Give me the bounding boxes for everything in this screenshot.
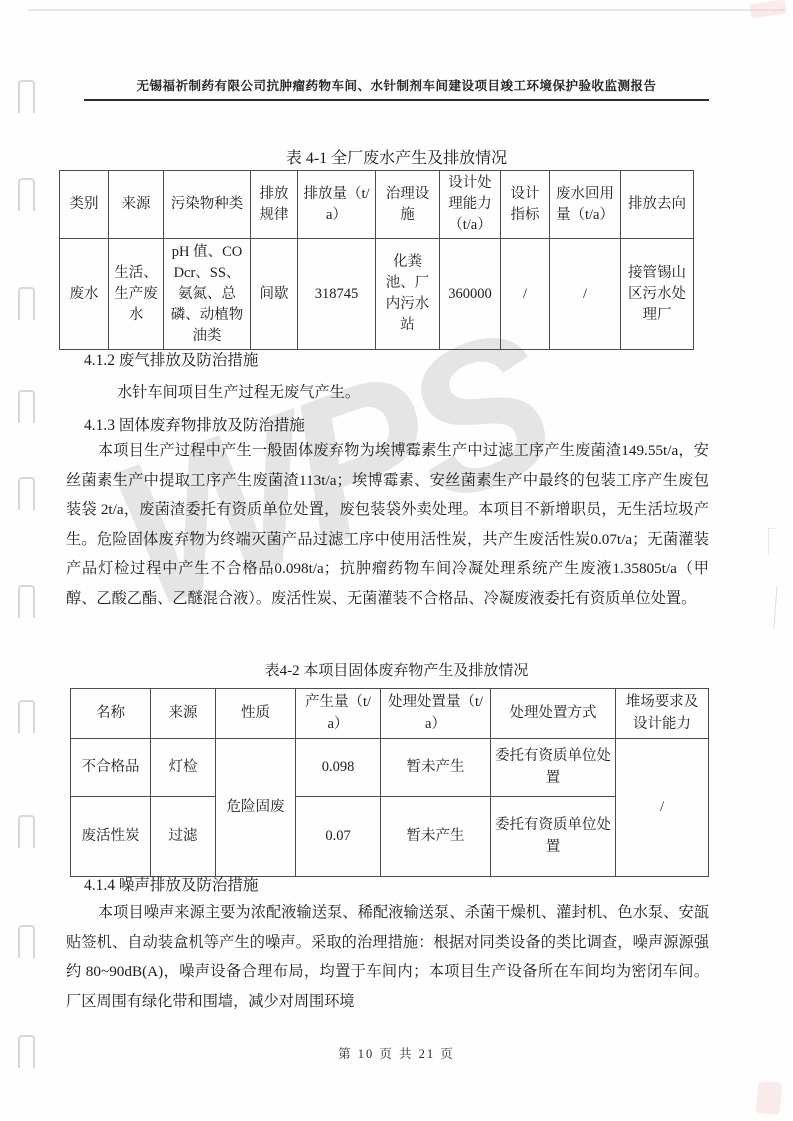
- column-header: 治理设施: [376, 171, 440, 239]
- table-cell: 0.098: [296, 739, 381, 797]
- binding-mark: [18, 585, 35, 618]
- table-cell: 接管锡山区污水处理厂: [621, 239, 694, 350]
- section-body-4-1-3: 本项目生产过程中产生一般固体废弃物为埃博霉素生产中过滤工序产生废菌渣149.55…: [66, 436, 709, 613]
- table-4-2-title: 表4-2 本项目固体废弃物产生及排放情况: [0, 659, 793, 680]
- section-heading-4-1-2: 4.1.2 废气排放及防治措施: [84, 348, 258, 370]
- table-cell: /: [550, 239, 621, 350]
- column-header: 堆场要求及设计能力: [616, 689, 709, 739]
- binding-mark: [18, 477, 35, 510]
- table-4-2: 名称 来源 性质 产生量（t/a） 处理处置量（t/a） 处理处置方式 堆场要求…: [70, 688, 709, 877]
- column-header: 排放规律: [251, 171, 298, 239]
- table-cell: 间歇: [251, 239, 298, 350]
- scanner-edge-line: [28, 9, 785, 11]
- scanned-document-page: WPS 无锡福祈制药有限公司抗肿瘤药物车间、水针制剂车间建设项目竣工环境保护验收…: [0, 0, 793, 1121]
- table-header-row: 名称 来源 性质 产生量（t/a） 处理处置量（t/a） 处理处置方式 堆场要求…: [71, 689, 709, 739]
- table-cell: 360000: [440, 239, 501, 350]
- column-header: 排放去向: [621, 171, 694, 239]
- table-row: 废水 生活、生产废水 pH 值、CODcr、SS、氨氮、总磷、动植物油类 间歇 …: [60, 239, 694, 350]
- table-cell: 废活性炭: [71, 797, 151, 877]
- table-cell: pH 值、CODcr、SS、氨氮、总磷、动植物油类: [164, 239, 251, 350]
- scan-artifact: [774, 586, 778, 628]
- table-cell-merged: 危险固废: [216, 739, 296, 877]
- column-header: 来源: [109, 171, 164, 239]
- column-header: 名称: [71, 689, 151, 739]
- table-cell: 委托有资质单位处置: [491, 797, 616, 877]
- binding-mark: [18, 925, 35, 958]
- section-body-4-1-4: 本项目噪声来源主要为浓配液输送泵、稀配液输送泵、杀菌干燥机、灌封机、色水泵、安瓿…: [66, 898, 709, 1016]
- column-header: 设计指标: [501, 171, 550, 239]
- table-cell: 生活、生产废水: [109, 239, 164, 350]
- column-header: 污染物种类: [164, 171, 251, 239]
- column-header: 处理处置方式: [491, 689, 616, 739]
- column-header: 废水回用量（t/a）: [550, 171, 621, 239]
- table-cell: 不合格品: [71, 739, 151, 797]
- table-cell: 暂未产生: [381, 739, 491, 797]
- table-cell: 暂未产生: [381, 797, 491, 877]
- column-header: 性质: [216, 689, 296, 739]
- table-4-1: 类别 来源 污染物种类 排放规律 排放量（t/a） 治理设施 设计处理能力（t/…: [59, 170, 694, 350]
- binding-mark: [18, 80, 35, 113]
- column-header: 排放量（t/a）: [298, 171, 376, 239]
- binding-mark: [18, 815, 35, 848]
- table-cell: 委托有资质单位处置: [491, 739, 616, 797]
- scan-artifact: [768, 528, 777, 555]
- table-cell: 化粪池、厂内污水站: [376, 239, 440, 350]
- table-cell: 318745: [298, 239, 376, 350]
- column-header: 处理处置量（t/a）: [381, 689, 491, 739]
- column-header: 产生量（t/a）: [296, 689, 381, 739]
- binding-mark: [18, 287, 35, 320]
- table-row: 不合格品 灯检 危险固废 0.098 暂未产生 委托有资质单位处置 /: [71, 739, 709, 797]
- binding-mark: [18, 178, 35, 211]
- column-header: 设计处理能力（t/a）: [440, 171, 501, 239]
- section-heading-4-1-4: 4.1.4 噪声排放及防治措施: [84, 873, 258, 895]
- table-cell: 过滤: [151, 797, 216, 877]
- section-body-4-1-2: 水针车间项目生产过程无废气产生。: [117, 381, 360, 402]
- table-cell: 灯检: [151, 739, 216, 797]
- table-cell: /: [501, 239, 550, 350]
- column-header: 来源: [151, 689, 216, 739]
- page-number: 第 10 页 共 21 页: [0, 1044, 793, 1062]
- table-header-row: 类别 来源 污染物种类 排放规律 排放量（t/a） 治理设施 设计处理能力（t/…: [60, 171, 694, 239]
- section-heading-4-1-3: 4.1.3 固体废弃物排放及防治措施: [84, 413, 305, 435]
- scan-smudge: [749, 0, 787, 18]
- table-cell-merged: /: [616, 739, 709, 877]
- table-cell: 0.07: [296, 797, 381, 877]
- scan-smudge: [755, 1081, 782, 1115]
- binding-mark: [18, 390, 35, 423]
- table-4-1-title: 表 4-1 全厂废水产生及排放情况: [0, 145, 793, 168]
- column-header: 类别: [60, 171, 109, 239]
- table-cell: 废水: [60, 239, 109, 350]
- table-row: 废活性炭 过滤 0.07 暂未产生 委托有资质单位处置: [71, 797, 709, 877]
- binding-mark: [18, 700, 35, 733]
- document-header: 无锡福祈制药有限公司抗肿瘤药物车间、水针制剂车间建设项目竣工环境保护验收监测报告: [84, 76, 709, 101]
